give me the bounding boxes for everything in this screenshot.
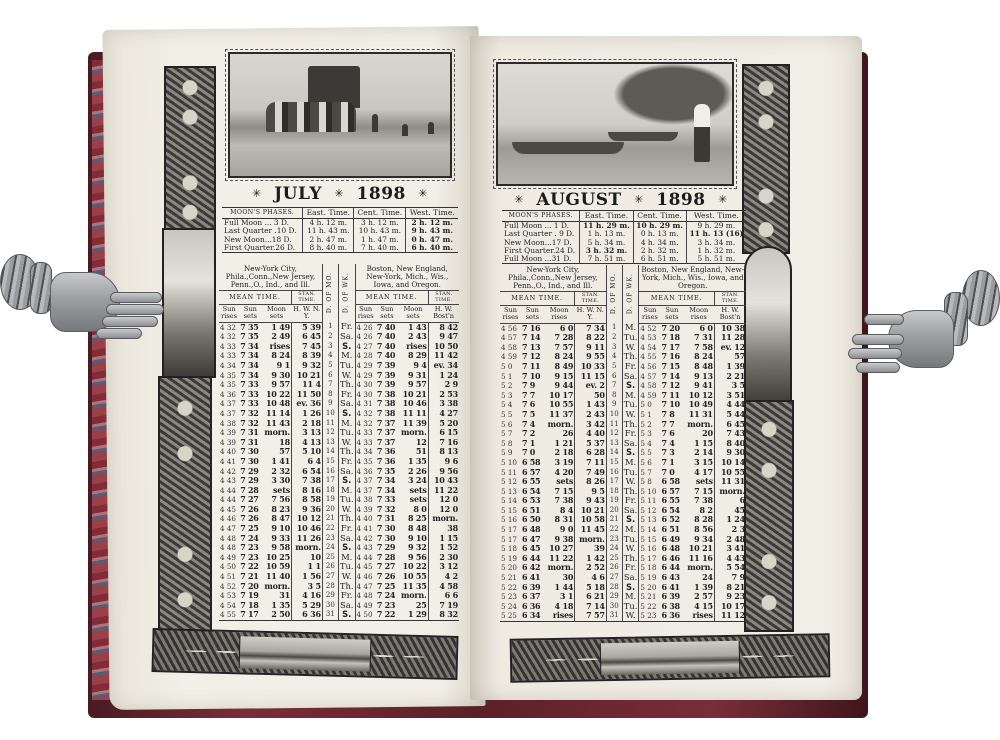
sun-rises: 5 21 (639, 592, 661, 602)
landscape-vignette-trees (238, 636, 372, 671)
asterisk-ornament-icon: ✳ (718, 193, 728, 206)
day-of-month: 30 (606, 602, 622, 612)
sun-rises: 4 26 (355, 322, 376, 332)
woman-figure (694, 104, 710, 162)
sun-rises: 4 33 (219, 342, 239, 352)
day-of-month: 19 (322, 495, 338, 505)
asterisk-ornament-icon: ✳ (252, 187, 262, 200)
region-boston: Boston, New England, New-York, Mich., Wi… (639, 265, 746, 292)
header-cent-time: Cent. Time. (633, 211, 686, 222)
day-of-month: 26 (606, 563, 622, 573)
sun-rises: 4 54 (219, 601, 239, 611)
sun-rises: 4 28 (355, 351, 376, 361)
sun-rises: 4 56 (500, 323, 521, 333)
sun-rises: 4 33 (355, 438, 376, 448)
sun-rises: 5 14 (500, 496, 521, 506)
header-west-time: West. Time. (686, 211, 746, 222)
high-water: 6 36 (292, 610, 323, 620)
header-standard-time: STAN. TIME. (575, 292, 607, 306)
day-of-month: 1 (606, 323, 622, 333)
sun-rises: 4 29 (355, 361, 376, 371)
header-mean-time: MEAN TIME. (500, 292, 575, 306)
east-time: 7 h. 51 m. (580, 255, 633, 264)
sun-rises: 4 42 (219, 467, 239, 477)
day-of-month: 17 (606, 477, 622, 487)
landscape-vignette-lake (600, 641, 740, 675)
sun-sets: 7 22 (376, 610, 398, 620)
day-of-month: 18 (322, 486, 338, 496)
sun-rises: 5 3 (639, 429, 661, 439)
sun-rises: 4 48 (219, 543, 239, 553)
sun-rises: 5 6 (500, 420, 521, 430)
sun-rises: 4 35 (219, 371, 239, 381)
moon-phase-row: First Quarter.26 D.8 h. 40 m.7 h. 40 m.6… (222, 244, 458, 253)
sun-rises: 4 37 (219, 399, 239, 409)
header-high-water: H. W. N. Y. (292, 305, 323, 322)
high-water: 7 57 (575, 611, 607, 621)
header-sun-sets: Sun sets (239, 305, 261, 322)
sun-rises: 5 7 (639, 468, 661, 478)
day-of-month: 9 (606, 400, 622, 410)
day-of-month: 20 (322, 505, 338, 515)
hand-cuff-band (30, 262, 52, 314)
day-of-month: 1 (322, 322, 338, 332)
header-day-of-week: D. OF WK. (338, 264, 355, 322)
farmer-figure (428, 122, 434, 134)
day-of-month: 30 (322, 601, 338, 611)
sun-rises: 4 36 (219, 390, 239, 400)
sun-rises: 5 20 (500, 563, 521, 573)
month-name: AUGUST (536, 190, 621, 210)
sun-sets: 6 36 (660, 611, 683, 621)
illustration-rowboats (496, 62, 734, 186)
header-standard-time: STAN. TIME. (428, 291, 459, 305)
sun-rises: 4 44 (355, 553, 376, 563)
sun-rises: 5 15 (500, 506, 521, 516)
day-of-month: 6 (322, 371, 338, 381)
sun-rises: 4 32 (355, 409, 376, 419)
sun-rises: 4 45 (219, 505, 239, 515)
hand-finger (864, 314, 904, 325)
header-east-time: East. Time. (303, 208, 354, 219)
sun-rises: 5 23 (500, 592, 521, 602)
moon-phases-table-july: MOON'S PHASES. East. Time. Cent. Time. W… (222, 207, 458, 253)
header-sun-sets: Sun sets (521, 306, 544, 323)
day-of-month: 12 (606, 429, 622, 439)
sun-rises: 5 12 (500, 477, 521, 487)
sun-rises: 5 1 (500, 372, 521, 382)
day-of-month: 12 (322, 428, 338, 438)
sun-rises: 4 50 (219, 562, 239, 572)
day-of-month: 29 (606, 592, 622, 602)
day-of-month: 31 (606, 611, 622, 621)
sun-rises: 5 11 (500, 468, 521, 478)
sun-rises: 4 52 (639, 323, 661, 333)
day-of-month: 6 (606, 372, 622, 382)
region-new-york: New-York City, Phila.,Conn.,New Jersey, … (219, 264, 322, 291)
sun-rises: 4 48 (355, 591, 376, 601)
day-of-month: 3 (322, 342, 338, 352)
horses (266, 102, 356, 132)
day-of-month: 27 (606, 573, 622, 583)
day-of-month: 29 (322, 591, 338, 601)
sun-rises: 4 44 (219, 495, 239, 505)
day-of-month: 7 (322, 380, 338, 390)
sun-rises: 4 39 (219, 428, 239, 438)
sun-sets: 6 34 (521, 611, 544, 621)
sun-rises: 4 57 (500, 333, 521, 343)
sun-rises: 4 43 (219, 476, 239, 486)
day-of-month: 8 (606, 391, 622, 401)
sun-rises: 5 0 (639, 400, 661, 410)
sun-rises: 4 48 (219, 534, 239, 544)
sun-rises: 4 58 (500, 343, 521, 353)
sun-rises: 5 13 (639, 515, 661, 525)
day-of-month: 16 (322, 467, 338, 477)
region-boston: Boston, New England, New-York, Mich., Wi… (355, 264, 459, 291)
sun-rises: 5 13 (500, 487, 521, 497)
sun-rises: 4 47 (355, 582, 376, 592)
hand-finger (856, 362, 900, 373)
header-moon: Moon sets (261, 305, 291, 322)
sun-rises: 5 20 (639, 583, 661, 593)
sun-rises: 5 19 (639, 573, 661, 583)
sun-rises: 4 45 (355, 562, 376, 572)
day-of-month: 23 (606, 535, 622, 545)
sun-rises: 4 38 (355, 495, 376, 505)
day-of-month: 11 (606, 420, 622, 430)
header-sun-sets: Sun sets (376, 305, 398, 322)
sun-rises: 4 55 (639, 352, 661, 362)
day-of-month: 22 (606, 525, 622, 535)
moon: 2 50 (261, 610, 291, 620)
header-standard-time: STAN. TIME. (714, 292, 746, 306)
farmer-figure (372, 114, 378, 132)
day-of-month: 2 (322, 332, 338, 342)
sun-rises: 5 10 (500, 458, 521, 468)
sun-rises: 5 3 (500, 391, 521, 401)
day-of-month: 24 (322, 543, 338, 553)
sun-rises: 5 11 (639, 496, 661, 506)
day-of-month: 18 (606, 487, 622, 497)
sun-rises: 4 47 (219, 524, 239, 534)
sun-rises: 4 49 (219, 553, 239, 563)
day-of-month: 28 (322, 582, 338, 592)
sun-rises: 4 52 (219, 582, 239, 592)
year: 1898 (656, 190, 705, 210)
cent-time: 7 h. 40 m. (354, 244, 406, 253)
header-day-of-month: D. OF MO. (606, 265, 622, 323)
farmer-figure (402, 124, 408, 136)
day-of-month: 19 (606, 496, 622, 506)
hand-finger (848, 348, 902, 359)
sun-rises: 5 12 (639, 506, 661, 516)
ornament-border-top-right (742, 64, 790, 254)
sun-sets: 7 17 (239, 610, 261, 620)
month-title-august: ✳ AUGUST ✳ 1898 ✳ (498, 190, 744, 210)
day-of-month: 4 (322, 351, 338, 361)
header-day-of-month: D. OF MO. (322, 264, 338, 322)
day-of-month: 2 (606, 333, 622, 343)
sun-rises: 5 7 (500, 429, 521, 439)
sun-rises: 4 36 (355, 467, 376, 477)
sun-rises: 5 17 (639, 554, 661, 564)
sun-rises: 4 34 (219, 361, 239, 371)
hand-finger (852, 334, 904, 345)
west-time: 5 h. 51 m. (686, 255, 746, 264)
calendar-row: 4 557 172 506 3631S.4 507 221 298 32 (219, 610, 459, 620)
illustration-hay-wagon (228, 52, 452, 178)
sun-rises: 5 6 (639, 458, 661, 468)
sun-rises: 5 8 (500, 439, 521, 449)
ornament-border-flowers-left (158, 376, 212, 632)
sun-rises: 5 16 (639, 544, 661, 554)
header-cent-time: Cent. Time. (354, 208, 406, 219)
silver-hand-clip-right (846, 270, 1000, 390)
hand-finger (106, 304, 164, 315)
sun-rises: 4 50 (355, 610, 376, 620)
high-water: 11 12 (714, 611, 746, 621)
hand-finger (102, 316, 158, 327)
header-moon: Moon rises (544, 306, 575, 323)
phase: Full Moon ...31 D. (502, 255, 580, 264)
day-of-month: 5 (606, 362, 622, 372)
day-of-month: 20 (606, 506, 622, 516)
day-of-month: 31 (322, 610, 338, 620)
header-sun-rises: Sun rises (639, 306, 661, 323)
sun-rises: 5 19 (500, 554, 521, 564)
sun-rises: 5 14 (639, 525, 661, 535)
sun-rises: 4 30 (355, 390, 376, 400)
sun-rises: 4 40 (219, 447, 239, 457)
sun-rises: 4 29 (355, 371, 376, 381)
sun-rises: 5 18 (500, 544, 521, 554)
sun-rises: 4 49 (355, 601, 376, 611)
day-of-month: 13 (322, 438, 338, 448)
sun-rises: 5 17 (500, 525, 521, 535)
sun-rises: 4 31 (355, 399, 376, 409)
header-day-of-week: D. OF WK. (622, 265, 639, 323)
west-time: 6 h. 40 m. (406, 244, 458, 253)
month-title-july: ✳ JULY ✳ 1898 ✳ (222, 184, 458, 204)
day-of-month: 5 (322, 361, 338, 371)
moon: 1 29 (398, 610, 428, 620)
sun-rises: 4 32 (219, 322, 239, 332)
day-of-month: 15 (322, 457, 338, 467)
sun-rises: 5 1 (639, 410, 661, 420)
sun-rises: 4 39 (355, 505, 376, 515)
sun-rises: 5 4 (639, 439, 661, 449)
header-moon-phases: MOON'S PHASES. (502, 211, 580, 222)
sun-rises: 4 44 (219, 486, 239, 496)
header-mean-time: MEAN TIME. (355, 291, 428, 305)
sun-rises: 4 57 (639, 372, 661, 382)
calendar-row: 5 256 34rises7 5731W.5 236 36rises11 12 (500, 611, 746, 621)
sun-rises: 4 34 (355, 447, 376, 457)
sun-rises: 4 46 (355, 572, 376, 582)
asterisk-ornament-icon: ✳ (334, 187, 344, 200)
phase: First Quarter.26 D. (222, 244, 303, 253)
day-of-month: 7 (606, 381, 622, 391)
sun-rises: 4 39 (219, 438, 239, 448)
header-sun-rises: Sun rises (355, 305, 376, 322)
day-of-week: W. (622, 611, 639, 621)
region-new-york: New-York City, Phila.,Conn.,New Jersey, … (500, 265, 606, 292)
sun-rises: 4 54 (639, 343, 661, 353)
sun-rises: 4 51 (219, 572, 239, 582)
sun-rises: 5 2 (639, 420, 661, 430)
sun-rises: 4 43 (355, 543, 376, 553)
moon: rises (683, 611, 714, 621)
asterisk-ornament-icon: ✳ (634, 193, 644, 206)
calendar-table-july: New-York City, Phila.,Conn.,New Jersey, … (219, 264, 459, 621)
east-time: 8 h. 40 m. (303, 244, 354, 253)
sun-rises: 4 32 (219, 332, 239, 342)
vignette-mountain-path (744, 246, 792, 406)
sun-rises: 4 59 (639, 391, 661, 401)
sun-rises: 5 18 (639, 563, 661, 573)
sun-rises: 4 33 (219, 351, 239, 361)
sun-rises: 5 21 (500, 573, 521, 583)
day-of-month: 17 (322, 476, 338, 486)
header-high-water: H. W. N. Y. (575, 306, 607, 323)
sun-rises: 4 32 (355, 419, 376, 429)
year: 1898 (357, 184, 406, 204)
day-of-month: 3 (606, 343, 622, 353)
day-of-month: 22 (322, 524, 338, 534)
hand-finger (96, 328, 142, 339)
sun-rises: 4 53 (219, 591, 239, 601)
sun-rises: 4 58 (639, 381, 661, 391)
day-of-month: 4 (606, 352, 622, 362)
day-of-month: 10 (322, 409, 338, 419)
sun-rises: 5 2 (500, 381, 521, 391)
silver-hand-clip-left (0, 248, 170, 358)
day-of-month: 27 (322, 572, 338, 582)
header-mean-time: MEAN TIME. (219, 291, 292, 305)
header-east-time: East. Time. (580, 211, 633, 222)
header-sun-sets: Sun sets (660, 306, 683, 323)
day-of-month: 25 (322, 553, 338, 563)
header-standard-time: STAN. TIME. (292, 291, 323, 305)
sun-rises: 4 38 (219, 419, 239, 429)
sun-rises: 5 10 (639, 487, 661, 497)
day-of-month: 16 (606, 468, 622, 478)
day-of-month: 14 (606, 448, 622, 458)
sun-rises: 5 9 (500, 448, 521, 458)
ornament-border-top-left (164, 66, 216, 234)
sun-rises: 4 59 (500, 352, 521, 362)
day-of-month: 14 (322, 447, 338, 457)
vignette-clouds (162, 228, 216, 378)
day-of-month: 9 (322, 399, 338, 409)
sun-rises: 5 5 (639, 448, 661, 458)
day-of-month: 8 (322, 390, 338, 400)
sun-rises: 4 41 (355, 524, 376, 534)
sun-rises: 4 42 (355, 534, 376, 544)
calendar-table-august: New-York City, Phila.,Conn.,New Jersey, … (500, 265, 746, 622)
ornament-border-bottom-left (151, 628, 458, 680)
sun-rises: 5 25 (500, 611, 521, 621)
day-of-week: S. (338, 610, 355, 620)
day-of-month: 28 (606, 583, 622, 593)
rowboat (512, 142, 624, 154)
sun-rises: 5 8 (639, 477, 661, 487)
header-high-water: H. W. Bost'n (428, 305, 459, 322)
day-of-month: 11 (322, 419, 338, 429)
asterisk-ornament-icon: ✳ (418, 187, 428, 200)
sun-rises: 5 17 (500, 535, 521, 545)
day-of-month: 23 (322, 534, 338, 544)
header-moon: Moon rises (683, 306, 714, 323)
sun-rises: 5 0 (500, 362, 521, 372)
asterisk-ornament-icon: ✳ (514, 193, 524, 206)
sun-rises: 4 35 (219, 380, 239, 390)
header-west-time: West. Time. (406, 208, 458, 219)
moon: rises (544, 611, 575, 621)
day-of-month: 21 (606, 515, 622, 525)
sun-rises: 4 56 (639, 362, 661, 372)
sun-rises: 4 46 (219, 514, 239, 524)
sun-rises: 4 37 (219, 409, 239, 419)
moon-phases-table-august: MOON'S PHASES. East. Time. Cent. Time. W… (502, 210, 746, 264)
sun-rises: 4 41 (219, 457, 239, 467)
day-of-month: 26 (322, 562, 338, 572)
hand-finger (110, 292, 162, 303)
sun-rises: 5 22 (500, 583, 521, 593)
day-of-month: 21 (322, 514, 338, 524)
header-moon-phases: MOON'S PHASES. (222, 208, 303, 219)
ornament-border-bottom-august (510, 633, 831, 683)
day-of-month: 10 (606, 410, 622, 420)
header-moon: Moon sets (398, 305, 428, 322)
header-mean-time: MEAN TIME. (639, 292, 714, 306)
header-sun-rises: Sun rises (219, 305, 239, 322)
sun-rises: 5 5 (500, 410, 521, 420)
header-high-water: H. W. Bost'n (714, 306, 746, 323)
day-of-month: 25 (606, 554, 622, 564)
sun-rises: 5 16 (500, 515, 521, 525)
sun-rises: 4 37 (355, 486, 376, 496)
sun-rises: 4 26 (355, 332, 376, 342)
sun-rises: 5 15 (639, 535, 661, 545)
cent-time: 6 h. 51 m. (633, 255, 686, 264)
high-water: 8 32 (428, 610, 459, 620)
day-of-month: 13 (606, 439, 622, 449)
sun-rises: 5 23 (639, 611, 661, 621)
sun-rises: 4 53 (639, 333, 661, 343)
sun-rises: 4 30 (355, 380, 376, 390)
day-of-month: 24 (606, 544, 622, 554)
day-of-month: 15 (606, 458, 622, 468)
sun-rises: 5 24 (500, 602, 521, 612)
rowboat (608, 132, 678, 141)
sun-rises: 4 37 (355, 476, 376, 486)
month-name: JULY (274, 184, 322, 204)
sun-rises: 4 55 (219, 610, 239, 620)
sun-rises: 5 22 (639, 602, 661, 612)
moon-phase-row: Full Moon ...31 D.7 h. 51 m.6 h. 51 m.5 … (502, 255, 746, 264)
sun-rises: 4 35 (355, 457, 376, 467)
sun-rises: 5 4 (500, 400, 521, 410)
ornament-border-bottom-right (744, 400, 794, 632)
sun-rises: 4 33 (355, 428, 376, 438)
sun-rises: 4 27 (355, 342, 376, 352)
header-sun-rises: Sun rises (500, 306, 521, 323)
sun-rises: 4 40 (355, 514, 376, 524)
